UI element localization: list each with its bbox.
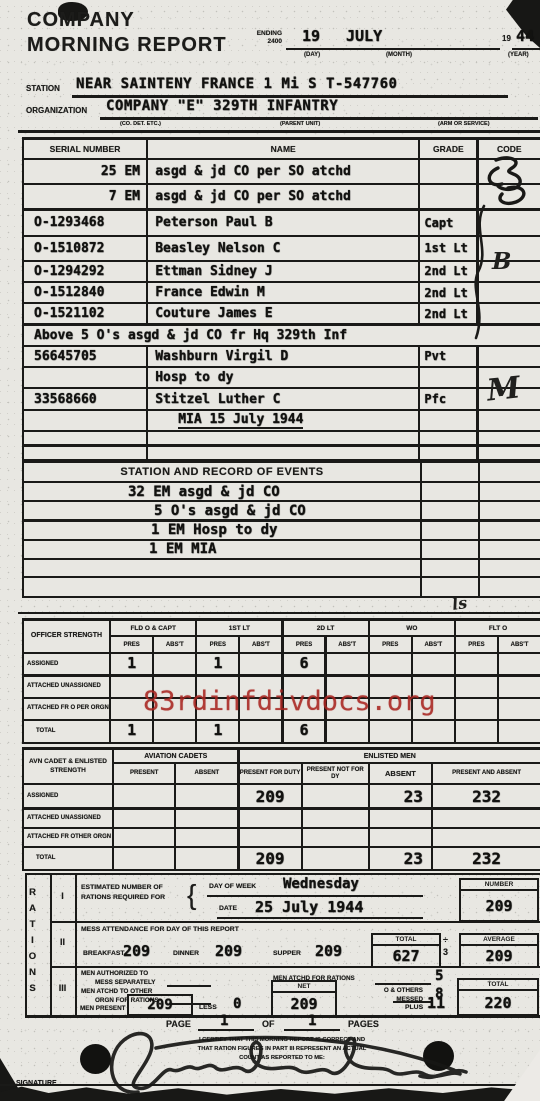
report-day: 19 <box>302 27 320 45</box>
code-letter-b: B <box>492 248 511 275</box>
date-value: 25 July 1944 <box>255 898 363 916</box>
year-label: (YEAR) <box>508 52 529 58</box>
group-fldo-capt: FLD O & CAPT <box>111 621 195 635</box>
roster-serial: 56645705 <box>24 347 146 366</box>
rations-vertical-label: RATIONS <box>27 879 50 1007</box>
roster-remark: MIA 15 July 1944 <box>148 411 418 430</box>
group-enlisted-men: ENLISTED MEN <box>240 750 540 762</box>
cadet-strength-title: AVN CADET & ENLISTED STRENGTH <box>24 750 112 783</box>
roster-name: asgd & jd CO per SO atchd <box>148 160 418 183</box>
roster-grade: Pvt <box>420 347 476 366</box>
report-year: 44 <box>516 27 534 45</box>
row-label-total: TOTAL <box>24 721 109 742</box>
roster-grade: Pfc <box>420 389 476 409</box>
col-header-grade: GRADE <box>420 140 476 158</box>
mess-total-box: TOTAL 627 <box>371 933 441 968</box>
divide-by-three: ÷3 <box>443 935 448 958</box>
net-box: NET 209 <box>271 980 337 1017</box>
officer-strength-table: OFFICER STRENGTH FLD O & CAPT 1ST LT 2D … <box>22 618 540 744</box>
station-label: STATION <box>26 84 60 93</box>
events-line: 1 EM MIA <box>24 541 420 558</box>
report-title-line2: MORNING REPORT <box>27 34 227 57</box>
group-flt-o: FLT O <box>456 621 540 635</box>
year-prefix: 19 <box>502 34 511 43</box>
roster-name: Stitzel Luther C <box>148 389 418 409</box>
roster-serial: 25 EM <box>24 160 146 183</box>
brace: { <box>187 879 196 911</box>
roster-name: Peterson Paul B <box>148 211 418 235</box>
day-label: (DAY) <box>304 52 320 58</box>
signature <box>98 1026 478 1098</box>
enlisted-strength-table: AVN CADET & ENLISTED STRENGTH AVIATION C… <box>22 747 540 871</box>
col-header-serial: SERIAL NUMBER <box>24 140 146 158</box>
roster-note: Above 5 O's asgd & jd CO fr Hq 329th Inf <box>24 326 540 345</box>
roster-name: Ettman Sidney J <box>148 262 418 281</box>
events-line: 5 O's asgd & jd CO <box>24 502 420 519</box>
events-title: STATION AND RECORD OF EVENTS <box>24 463 420 481</box>
rations-section: RATIONS I II III ESTIMATED NUMBER OFRATI… <box>25 873 540 1018</box>
organization-value: COMPANY "E" 329TH INFANTRY <box>106 98 338 114</box>
code-brace-line <box>468 206 494 338</box>
roster-serial: O-1294292 <box>24 262 146 281</box>
roster-name: Beasley Nelson C <box>148 237 418 260</box>
ending-label: ENDING2400 <box>246 30 282 46</box>
group-wo: WO <box>370 621 454 635</box>
roster-serial: O-1512840 <box>24 283 146 302</box>
row-label-assigned: ASSIGNED <box>24 654 109 674</box>
roster-remark: Hosp to dy <box>148 368 418 387</box>
station-value: NEAR SAINTENY FRANCE 1 Mi S T-547760 <box>76 76 397 92</box>
group-1st-lt: 1ST LT <box>197 621 281 635</box>
organization-label: ORGANIZATION <box>26 106 87 115</box>
day-of-week-value: Wednesday <box>283 876 359 892</box>
roster-serial: 33568660 <box>24 389 146 409</box>
roster-name: France Edwin M <box>148 283 418 302</box>
month-label: (MONTH) <box>386 52 412 58</box>
number-value: 209 <box>461 891 537 920</box>
events-table: STATION AND RECORD OF EVENTS 32 EM asgd … <box>22 461 540 598</box>
roster-serial: O-1521102 <box>24 304 146 323</box>
events-line: 1 EM Hosp to dy <box>24 522 420 539</box>
roster-serial: 7 EM <box>24 185 146 208</box>
stray-handwriting: ls <box>451 593 469 614</box>
heavy-rule <box>18 130 540 133</box>
organization-row: ORGANIZATION COMPANY "E" 329TH INFANTRY … <box>24 100 538 130</box>
col-header-name: NAME <box>148 140 418 158</box>
group-aviation-cadets: AVIATION CADETS <box>114 750 237 762</box>
roster-name: Washburn Virgil D <box>148 347 418 366</box>
org-sub-label-1: (CO. DET. ETC.) <box>120 121 161 127</box>
roster-name: Couture James E <box>148 304 418 323</box>
row-label-attached-fr: ATTACHED FR O PER ORGN <box>24 699 109 719</box>
watermark: 83rdinfdivdocs.org <box>143 686 436 717</box>
roster-table: SERIAL NUMBER NAME GRADE CODE 25 EM asgd… <box>22 137 540 461</box>
average-box: AVERAGE 209 <box>459 933 539 968</box>
report-date-area: ENDING2400 19 JULY (DAY) (MONTH) 19 44 (… <box>246 27 538 65</box>
station-row: STATION NEAR SAINTENY FRANCE 1 Mi S T-54… <box>24 76 538 98</box>
roster-serial: O-1510872 <box>24 237 146 260</box>
org-sub-label-3: (ARM OR SERVICE) <box>438 121 490 127</box>
officer-strength-title: OFFICER STRENGTH <box>24 621 109 652</box>
heavy-rule <box>18 612 540 614</box>
roster-serial: O-1293468 <box>24 211 146 235</box>
report-title-line1: COMPANY <box>27 9 135 32</box>
code-letter-m: M <box>485 370 522 408</box>
row-label-attached-unassigned: ATTACHED UNASSIGNED <box>24 677 109 697</box>
morning-report-scan: COMPANY MORNING REPORT ENDING2400 19 JUL… <box>0 0 540 1101</box>
events-line: 32 EM asgd & jd CO <box>24 483 420 500</box>
number-box: NUMBER 209 <box>459 878 539 922</box>
org-sub-label-2: (PARENT UNIT) <box>280 121 320 127</box>
group-2d-lt: 2D LT <box>284 621 368 635</box>
code-scribble <box>478 154 536 208</box>
rations-total-box: TOTAL 220 <box>457 978 539 1016</box>
report-month: JULY <box>346 27 382 45</box>
roster-name: asgd & jd CO per SO atchd <box>148 185 418 208</box>
